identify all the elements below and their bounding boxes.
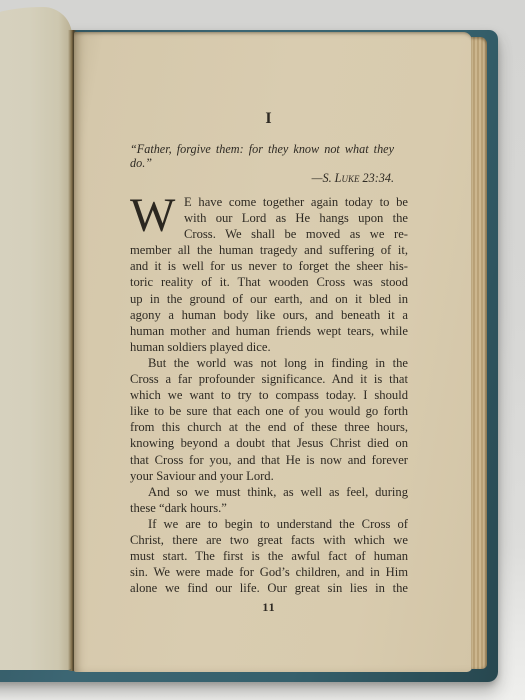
photo-background: { "scene": { "background_color": "#d7d7d…: [0, 0, 525, 700]
text-line: like to be sure that each one of you wou…: [130, 403, 408, 419]
epigraph: “Father, forgive them: for they know not…: [130, 142, 408, 185]
text-line: your Saviour and your Lord.: [130, 468, 408, 484]
text-line: up in the ground of our earth, and on it…: [130, 291, 408, 307]
text-line: Christ, there are two great facts with w…: [130, 532, 408, 548]
text-line: knowing beyond a doubt that Jesus Christ…: [130, 435, 408, 451]
body-text: WE have come together again today to bew…: [130, 194, 408, 596]
text-line: If we are to begin to understand the Cro…: [130, 516, 408, 532]
page-number: 11: [130, 600, 408, 615]
chapter-number: I: [130, 110, 408, 128]
text-line: and it is well for us never to forget th…: [130, 258, 408, 274]
text-line: member all the human tragedy and sufferi…: [130, 242, 408, 258]
text-block: I “Father, forgive them: for they know n…: [130, 110, 408, 615]
epigraph-attribution: —S. Luke 23:34.: [130, 171, 394, 185]
paragraph: But the world was not long in finding in…: [130, 355, 408, 484]
text-line: Cross a far profounder significance. And…: [130, 371, 408, 387]
left-page: [0, 7, 72, 670]
text-line: And so we must think, as well as feel, d…: [130, 484, 408, 500]
text-line: must start. The first is the awful fact …: [130, 548, 408, 564]
text-line: toric reality of it. That wooden Cross w…: [130, 274, 408, 290]
paragraph: WE have come together again today to bew…: [130, 194, 408, 355]
text-line: human mother and human friends wept tear…: [130, 323, 408, 339]
right-page: I “Father, forgive them: for they know n…: [74, 32, 472, 672]
text-line: alone we find our life. Our great sin li…: [130, 580, 408, 596]
text-line: which we want to try to compass today. I…: [130, 387, 408, 403]
text-line: that Cross for you, and that He is now a…: [130, 452, 408, 468]
text-line: human soldiers played dice.: [130, 339, 408, 355]
drop-cap: W: [130, 194, 184, 241]
epigraph-quote: “Father, forgive them: for they know not…: [130, 142, 394, 170]
paragraph: If we are to begin to understand the Cro…: [130, 516, 408, 596]
page-edges: [471, 37, 487, 669]
text-line: But the world was not long in finding in…: [130, 355, 408, 371]
text-line: agony a human body like ours, and beneat…: [130, 307, 408, 323]
text-line: sin. We were made for God’s children, an…: [130, 564, 408, 580]
text-line: from this church at the end of these thr…: [130, 419, 408, 435]
paragraph: And so we must think, as well as feel, d…: [130, 484, 408, 516]
text-line: these “dark hours.”: [130, 500, 408, 516]
